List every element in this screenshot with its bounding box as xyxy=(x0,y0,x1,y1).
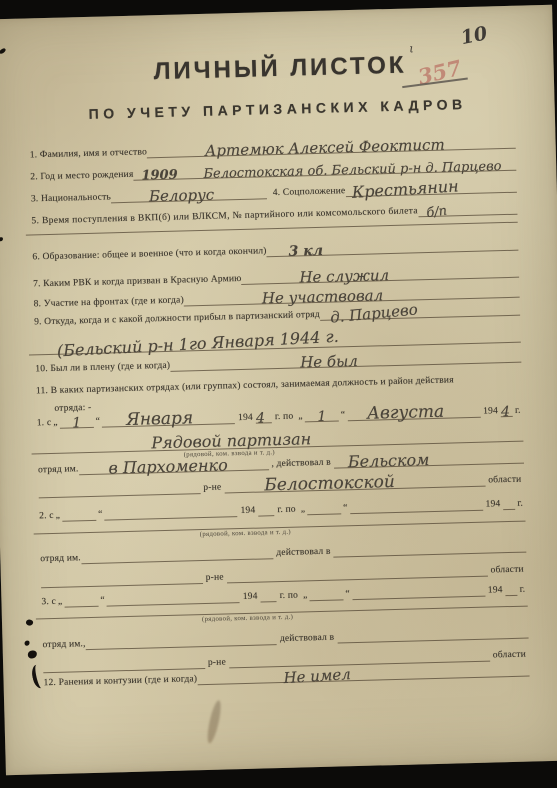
form-line: 4 xyxy=(501,403,513,417)
handwritten-position: Рядовой партизан xyxy=(151,429,311,452)
year-prefix: 194 xyxy=(488,585,503,596)
field-education: 6. Образование: общее и военное (что и к… xyxy=(32,237,518,264)
form-line: 1 xyxy=(60,414,94,429)
field-label: 1. Фамилия, имя и отчество xyxy=(30,147,148,161)
form-line: 4 xyxy=(256,409,272,423)
ink-mark xyxy=(0,237,3,241)
quote-mark: „ xyxy=(298,411,303,422)
handwritten-social-position: Крестьянин xyxy=(351,176,459,201)
record-index: 3. с xyxy=(41,597,56,608)
handwritten-education: 3 кл xyxy=(288,243,323,260)
form-line: Белостокской xyxy=(224,473,485,494)
form-line xyxy=(43,655,205,673)
ink-mark xyxy=(28,650,37,658)
form-line xyxy=(81,545,274,564)
form-line: Не был xyxy=(170,349,521,372)
record-3-unit: отряд им., действовал в xyxy=(42,625,528,652)
form-line: 1909 Белостокская об. Бельский р-н д. Па… xyxy=(133,157,516,181)
form-line xyxy=(64,593,98,608)
oblast-label: области xyxy=(488,475,521,487)
district-label: р-не xyxy=(203,483,221,494)
field-full-name: 1. Фамилия, имя и отчество Артемюк Алекс… xyxy=(30,135,516,162)
form-line xyxy=(309,586,343,601)
form-line: Августа xyxy=(347,404,480,421)
field-label: 10. Был ли в плену (где и когда) xyxy=(35,361,170,376)
form-line xyxy=(505,582,517,596)
form-line: Артемюк Алексей Феоктист xyxy=(147,135,516,159)
scan-background: { "header": { "number": "10", "tick": "ι… xyxy=(0,0,557,788)
year-prefix: 194 xyxy=(238,413,253,424)
position-caption: (рядовой, ком. взвода и т. д.) xyxy=(202,614,293,623)
handwritten-party-status: б/п xyxy=(425,204,447,222)
page-number-handwritten: 10 xyxy=(459,22,489,49)
handwritten-wounds: Не имел xyxy=(283,665,351,687)
handwritten-nationality: Белорус xyxy=(149,186,215,206)
form-line xyxy=(62,507,96,522)
year-suffix: г. xyxy=(517,499,523,510)
unit-label: отряд им. xyxy=(38,464,79,476)
ink-mark xyxy=(24,641,29,646)
form-line: Января xyxy=(102,410,235,427)
acted-label: , действовал в xyxy=(271,458,331,471)
field-label: 5. Время поступления в ВКП(б) или ВЛКСМ,… xyxy=(31,206,418,227)
handwritten-full-name: Артемюк Алексей Феоктист xyxy=(205,136,445,160)
quote-mark: „ xyxy=(301,504,306,515)
to-label: г. по xyxy=(277,505,296,516)
district-label: р-не xyxy=(208,657,226,668)
form-line: в Пархоменко xyxy=(78,456,268,475)
quote-mark: “ xyxy=(345,589,350,600)
handwritten-from-day: 1 xyxy=(72,415,81,431)
to-label: г. по xyxy=(275,412,294,423)
handwritten-from-month: Января xyxy=(126,408,194,430)
form-line xyxy=(104,503,237,520)
form-line: 1 xyxy=(305,407,339,422)
document-subtitle: ПО УЧЕТУ ПАРТИЗАНСКИХ КАДРОВ xyxy=(0,94,555,125)
form-line xyxy=(307,500,341,515)
form-line xyxy=(349,497,482,514)
handwritten-to-day: 1 xyxy=(317,409,326,425)
field-label: 3. Национальность xyxy=(31,192,111,205)
unit-label: отряд им. xyxy=(40,553,81,565)
field-nationality-social: 3. Национальность Белорус 4. Соцположени… xyxy=(31,179,517,206)
acted-label: действовал в xyxy=(276,547,331,559)
handwritten-region: Белостокской xyxy=(264,472,395,495)
form-line: Бельском xyxy=(334,450,524,469)
form-line xyxy=(337,625,529,644)
record-index: 1. с xyxy=(37,418,52,429)
form-line: 3 кл xyxy=(266,237,518,258)
record-2-dates: 2. с „ “ 194 г. по „ “ 194 г. xyxy=(39,496,525,523)
ink-mark xyxy=(25,619,34,627)
form-line xyxy=(333,539,526,558)
quote-mark: „ xyxy=(56,511,61,522)
field-label: 12. Ранения и контузии (где и когда) xyxy=(43,674,197,689)
district-label: р-не xyxy=(206,573,224,584)
form-line: Белорус xyxy=(111,185,267,203)
quote-mark: „ xyxy=(303,590,308,601)
acted-label: действовал в xyxy=(280,633,335,645)
form-line xyxy=(41,570,203,588)
to-label: г. по xyxy=(280,591,299,602)
year-prefix: 194 xyxy=(483,406,498,417)
handwritten-to-year-digit: 4 xyxy=(501,404,510,420)
field-label: 8. Участие на фронтах (где и когда) xyxy=(34,295,185,310)
handwritten-from-year-digit: 4 xyxy=(256,410,265,426)
quote-mark: “ xyxy=(341,410,346,421)
field-label: 4. Соцположение xyxy=(273,186,346,199)
quote-mark: “ xyxy=(96,417,101,428)
year-prefix: 194 xyxy=(240,506,255,517)
field-units-label-line1: 11. В каких партизанских отрядах (или гр… xyxy=(36,375,454,397)
field-label: 9. Откуда, когда и с какой должности при… xyxy=(34,310,320,328)
handwritten-birth-year: 1909 xyxy=(141,168,178,184)
field-label: 2. Год и место рождения xyxy=(30,170,133,184)
unit-label: отряд им., xyxy=(42,639,85,651)
form-line xyxy=(352,583,485,600)
oblast-label: области xyxy=(493,650,526,662)
form-line xyxy=(503,496,515,510)
record-index: 2. с xyxy=(39,511,54,522)
quote-mark: “ xyxy=(343,503,348,514)
form-line: Не служил xyxy=(241,264,519,285)
position-caption: (рядовой, ком. взвода и т. д.) xyxy=(200,529,291,538)
quote-mark: „ xyxy=(58,597,63,608)
handwritten-to-month: Августа xyxy=(367,402,444,424)
year-prefix: 194 xyxy=(243,592,258,603)
form-line xyxy=(260,588,276,602)
handwritten-unit-name: в Пархоменко xyxy=(108,455,228,477)
handwritten-captivity: Не был xyxy=(300,352,358,372)
field-label: 7. Каким РВК и когда призван в Красную А… xyxy=(33,274,242,290)
form-line: б/п xyxy=(418,201,518,218)
form-line xyxy=(227,563,488,584)
form-line xyxy=(258,502,274,516)
record-1-unit: отряд им. в Пархоменко , действовал в Бе… xyxy=(38,450,524,477)
record-2-unit: отряд им. действовал в xyxy=(40,539,526,566)
document-paper: 10 ι ЛИЧНЫЙ ЛИСТОК 357 ПО УЧЕТУ ПАРТИЗАН… xyxy=(0,5,557,776)
ink-smudge xyxy=(205,699,223,744)
year-suffix: г. xyxy=(520,585,526,596)
form-line xyxy=(107,589,240,606)
form-line xyxy=(38,480,200,498)
field-label: 6. Образование: общее и военное (что и к… xyxy=(32,246,266,263)
quote-mark: “ xyxy=(100,596,105,607)
form-line xyxy=(85,631,277,650)
record-1-dates: 1. с „ 1 “ Января 194 4 г. по „ 1 “ Авгу… xyxy=(37,403,523,430)
quote-mark: “ xyxy=(98,510,103,521)
year-prefix: 194 xyxy=(485,499,500,510)
oblast-label: области xyxy=(490,565,523,577)
quote-mark: „ xyxy=(53,418,58,429)
tick-mark: ι xyxy=(409,41,414,55)
handwritten-army-draft: Не служил xyxy=(299,266,389,286)
handwritten-acted-district: Бельском xyxy=(348,450,430,471)
document-title: ЛИЧНЫЙ ЛИСТОК xyxy=(153,52,407,87)
ink-mark xyxy=(0,48,7,55)
form-line: Крестьянин xyxy=(345,179,517,197)
year-suffix: г. xyxy=(515,406,521,417)
